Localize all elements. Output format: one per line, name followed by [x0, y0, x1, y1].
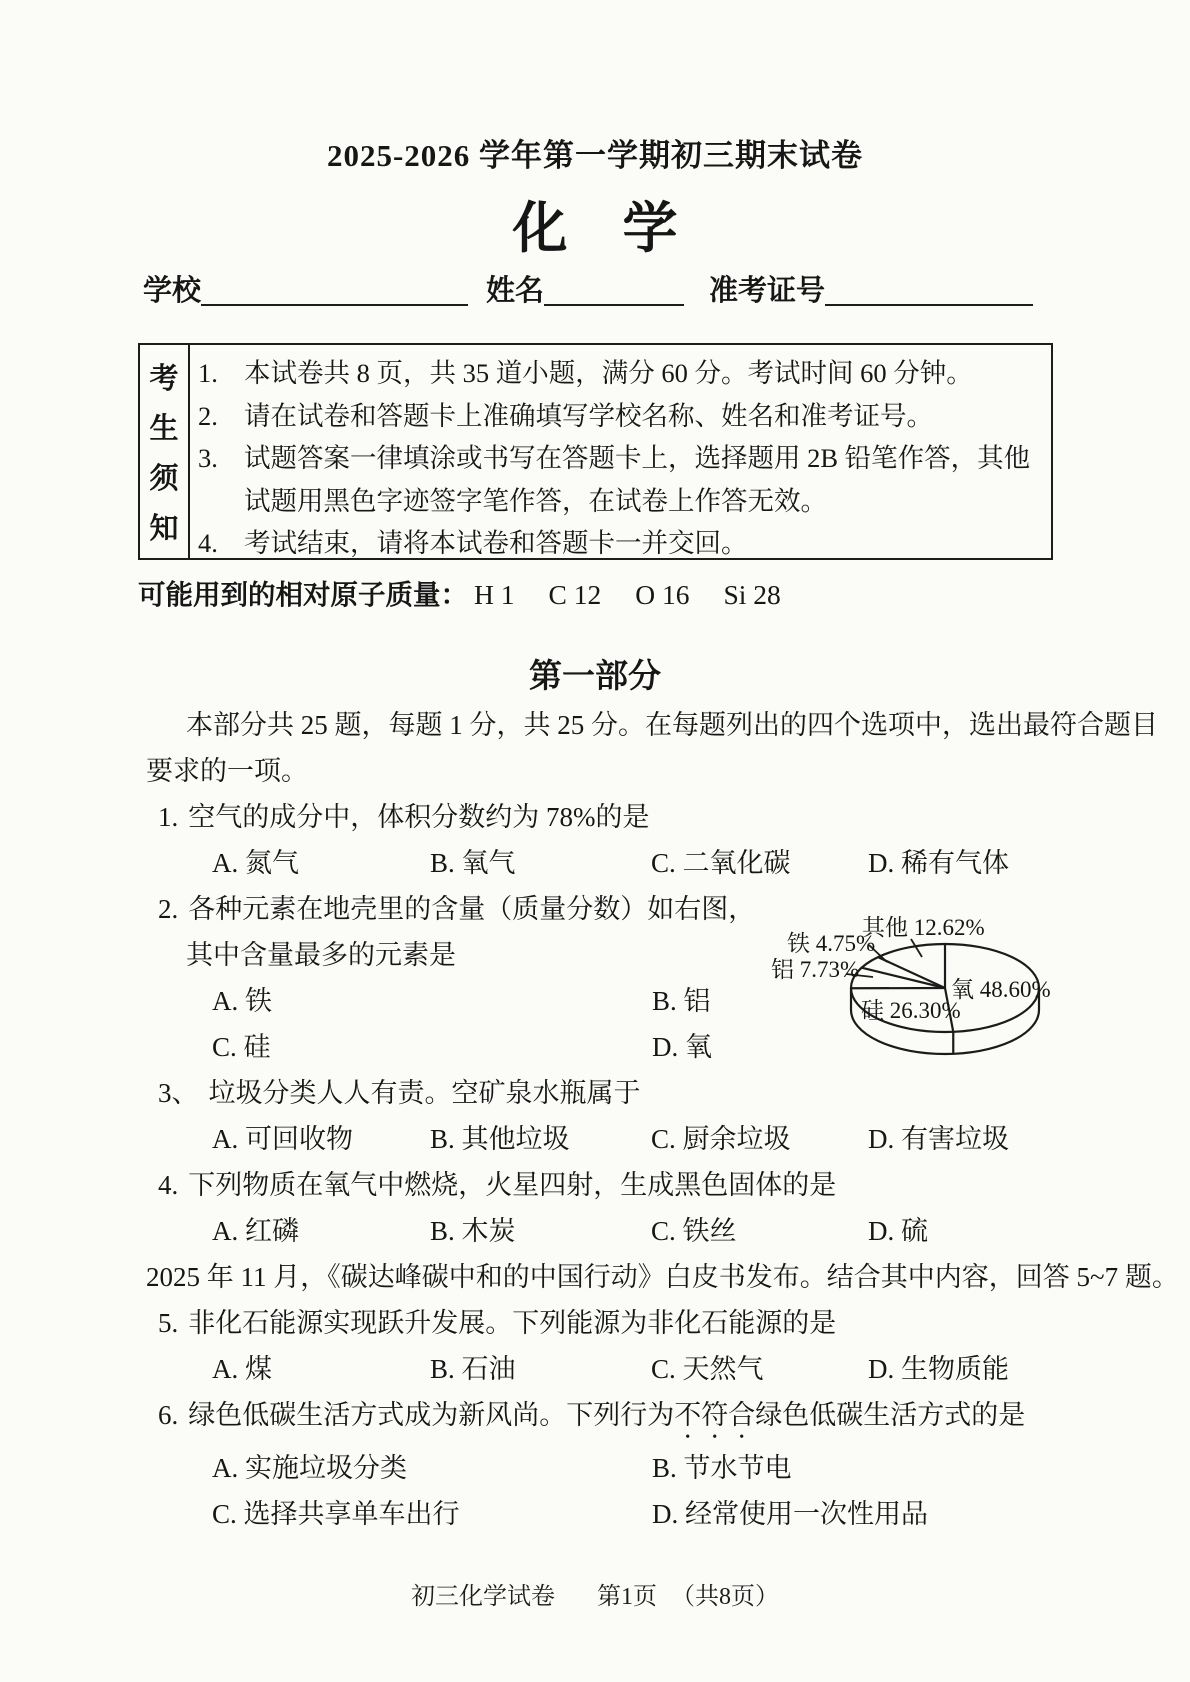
question-1-options: A. 氮气 B. 氧气 C. 二氧化碳 D. 稀有气体: [0, 840, 1190, 886]
question-1: 1.空气的成分中，体积分数约为 78%的是: [0, 794, 1190, 840]
header-fields: 学校姓名准考证号: [143, 268, 1033, 309]
notice-item-1: 1.本试卷共 8 页，共 35 道小题，满分 60 分。考试时间 60 分钟。: [198, 352, 1043, 395]
atomic-mass-value: O 16: [635, 579, 689, 610]
option-a: A. 实施垃圾分类: [212, 1445, 652, 1491]
atomic-mass-value: C 12: [549, 579, 602, 610]
name-label: 姓名: [486, 275, 544, 307]
pie-label-aluminum: 铝 7.73%: [771, 957, 859, 982]
notice-side-char: 知: [149, 506, 178, 547]
question-text: 非化石能源实现跃升发展。下列能源为非化石能源的是: [188, 1308, 836, 1338]
term-title: 2025-2026 学年第一学期初三期末试卷: [0, 130, 1190, 175]
q2-pie-chart: 其他 12.62% 铁 4.75% 铝 7.73% 氧 48.60% 硅 26.…: [770, 893, 1085, 1073]
question-4: 4.下列物质在氧气中燃烧，火星四射，生成黑色固体的是: [0, 1162, 1190, 1208]
question-3-options: A. 可回收物 B. 其他垃圾 C. 厨余垃圾 D. 有害垃圾: [0, 1116, 1190, 1162]
question-6-options-row1: A. 实施垃圾分类 B. 节水节电: [0, 1445, 1190, 1491]
footer-page-number: 第1页: [597, 1584, 657, 1610]
option-c: C. 硅: [212, 1024, 652, 1070]
option-a: A. 煤: [212, 1346, 430, 1392]
option-b: B. 其他垃圾: [430, 1116, 651, 1162]
question-number: 2.: [158, 894, 178, 924]
notice-item-text: 请在试卷和答题卡上准确填写学校名称、姓名和准考证号。: [244, 401, 933, 431]
question-5-options: A. 煤 B. 石油 C. 天然气 D. 生物质能: [0, 1346, 1190, 1392]
pie-label-iron: 铁 4.75%: [787, 931, 875, 956]
option-b: B. 氧气: [430, 840, 651, 886]
question-text: 各种元素在地壳里的含量（质量分数）如右图，: [188, 894, 755, 924]
admission-no-blank-line: [825, 274, 1033, 306]
pie-label-oxygen: 氧 48.60%: [951, 977, 1051, 1002]
school-blank-line: [201, 274, 468, 306]
option-a: A. 红磷: [212, 1208, 430, 1254]
question-text: 绿色低碳生活方式的是: [755, 1400, 1025, 1430]
option-d: D. 硫: [868, 1208, 1190, 1254]
atomic-mass-value: H 1: [474, 579, 515, 610]
option-c: C. 二氧化碳: [651, 840, 868, 886]
q2-pie-figure: 其他 12.62% 铁 4.75% 铝 7.73% 氧 48.60% 硅 26.…: [770, 893, 1085, 1073]
subject-title: 化 学: [0, 184, 1190, 263]
notice-item-text: 本试卷共 8 页，共 35 道小题，满分 60 分。考试时间 60 分钟。: [244, 358, 973, 388]
notice-item-num: 1.: [198, 352, 244, 395]
notice-side-char: 须: [149, 456, 178, 497]
option-c: C. 铁丝: [651, 1208, 868, 1254]
question-number: 3、: [158, 1078, 199, 1108]
option-c: C. 选择共享单车出行: [212, 1491, 652, 1537]
option-a: A. 氮气: [212, 840, 430, 886]
notice-item-num: 3.: [198, 437, 244, 480]
notice-item-2: 2.请在试卷和答题卡上准确填写学校名称、姓名和准考证号。: [198, 395, 1043, 438]
option-c: C. 厨余垃圾: [651, 1116, 868, 1162]
page-footer: 初三化学试卷第1页（共8页）: [0, 1576, 1190, 1611]
question-text: 绿色低碳生活方式成为新风尚。下列行为: [188, 1400, 674, 1430]
pie-label-other: 其他 12.62%: [862, 915, 985, 940]
question-6-options-row2: C. 选择共享单车出行 D. 经常使用一次性用品: [0, 1491, 1190, 1537]
option-b: B. 节水节电: [652, 1445, 1190, 1491]
school-label: 学校: [143, 275, 201, 307]
option-c: C. 天然气: [651, 1346, 868, 1392]
notice-item-text: 考试结束，请将本试卷和答题卡一并交回。: [244, 528, 748, 558]
question-number: 6.: [158, 1400, 178, 1430]
notice-side-label: 考 生 须 知: [140, 345, 190, 558]
notice-item-3: 3.试题答案一律填涂或书写在答题卡上，选择题用 2B 铅笔作答，其他试题用黑色字…: [198, 437, 1043, 522]
examinee-notice-box: 考 生 须 知 1.本试卷共 8 页，共 35 道小题，满分 60 分。考试时间…: [138, 343, 1053, 560]
interlude-paragraph: 2025 年 11 月，《碳达峰碳中和的中国行动》白皮书发布。结合其中内容，回答…: [0, 1254, 1190, 1300]
question-number: 5.: [158, 1308, 178, 1338]
option-d: D. 有害垃圾: [868, 1116, 1190, 1162]
footer-page-total: （共8页）: [671, 1584, 779, 1610]
question-6: 6.绿色低碳生活方式成为新风尚。下列行为不符合绿色低碳生活方式的是: [0, 1392, 1190, 1445]
admission-no-label: 准考证号: [709, 275, 825, 307]
question-4-options: A. 红磷 B. 木炭 C. 铁丝 D. 硫: [0, 1208, 1190, 1254]
option-d: D. 稀有气体: [868, 840, 1190, 886]
option-b: B. 木炭: [430, 1208, 651, 1254]
question-3: 3、垃圾分类人人有责。空矿泉水瓶属于: [0, 1070, 1190, 1116]
part1-intro-line1: 本部分共 25 题，每题 1 分，共 25 分。在每题列出的四个选项中，选出最符…: [0, 702, 1190, 748]
part1-heading: 第一部分: [0, 652, 1190, 702]
notice-item-text: 试题答案一律填涂或书写在答题卡上，选择题用 2B 铅笔作答，其他试题用黑色字迹签…: [244, 443, 1030, 516]
notice-item-num: 2.: [198, 395, 244, 438]
notice-item-num: 4.: [198, 522, 244, 565]
atomic-mass-label: 可能用到的相对原子质量：: [138, 579, 468, 610]
option-d: D. 经常使用一次性用品: [652, 1491, 1190, 1537]
option-d: D. 生物质能: [868, 1346, 1190, 1392]
part1-intro-line2: 要求的一项。: [0, 748, 1190, 794]
atomic-mass-value: Si 28: [723, 579, 780, 610]
option-a: A. 可回收物: [212, 1116, 430, 1162]
part1-section: 第一部分 本部分共 25 题，每题 1 分，共 25 分。在每题列出的四个选项中…: [0, 652, 1190, 1537]
question-text: 下列物质在氧气中燃烧，火星四射，生成黑色固体的是: [188, 1170, 836, 1200]
pie-leader-other: [911, 939, 922, 957]
atomic-mass-note: 可能用到的相对原子质量：H 1C 12O 16Si 28: [138, 572, 781, 612]
question-text-emphasized: 不符合: [674, 1400, 755, 1430]
name-blank-line: [544, 274, 684, 306]
pie-label-silicon: 硅 26.30%: [861, 998, 961, 1023]
question-number: 4.: [158, 1170, 178, 1200]
question-number: 1.: [158, 802, 178, 832]
footer-doc-title: 初三化学试卷: [411, 1584, 555, 1610]
question-5: 5.非化石能源实现跃升发展。下列能源为非化石能源的是: [0, 1300, 1190, 1346]
notice-side-char: 生: [149, 406, 178, 447]
option-a: A. 铁: [212, 978, 652, 1024]
exam-paper-page: 2025-2026 学年第一学期初三期末试卷 化 学 学校姓名准考证号 考 生 …: [0, 0, 1190, 1682]
question-text: 空气的成分中，体积分数约为 78%的是: [188, 802, 649, 832]
option-b: B. 石油: [430, 1346, 651, 1392]
notice-items: 1.本试卷共 8 页，共 35 道小题，满分 60 分。考试时间 60 分钟。 …: [190, 345, 1051, 558]
question-text: 垃圾分类人人有责。空矿泉水瓶属于: [209, 1078, 641, 1108]
notice-side-char: 考: [149, 356, 178, 397]
notice-item-4: 4.考试结束，请将本试卷和答题卡一并交回。: [198, 522, 1043, 565]
